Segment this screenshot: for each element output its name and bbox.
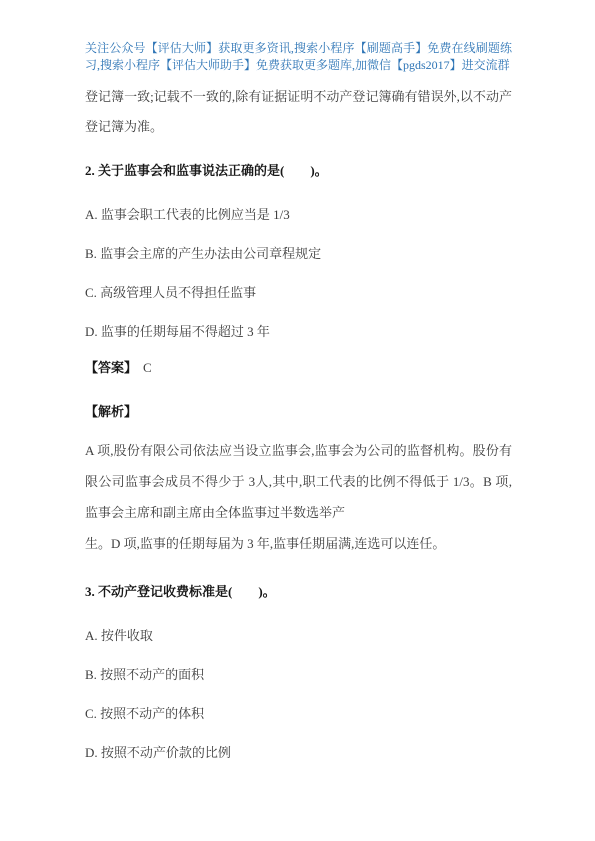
question-2-option-c: C. 高级管理人员不得担任监事 <box>85 278 512 308</box>
question-2-option-a: A. 监事会职工代表的比例应当是 1/3 <box>85 200 512 230</box>
question-3-option-a: A. 按件收取 <box>85 621 512 651</box>
question-2-option-d: D. 监事的任期每届不得超过 3 年 <box>85 317 512 347</box>
analysis-paragraph-1: A 项,股份有限公司依法应当设立监事会,监事会为公司的监督机构。股份有限公司监事… <box>85 435 512 528</box>
analysis-label: 【解析】 <box>85 397 512 427</box>
question-3-title: 3. 不动产登记收费标准是( )。 <box>85 577 512 607</box>
intro-paragraph: 登记簿一致;记载不一致的,除有证据证明不动产登记簿确有错误外,以不动产登记簿为准… <box>85 82 512 142</box>
analysis-body: A 项,股份有限公司依法应当设立监事会,监事会为公司的监督机构。股份有限公司监事… <box>85 435 512 559</box>
answer-row: 【答案】C <box>85 353 512 383</box>
answer-value: C <box>143 360 152 375</box>
answer-label: 【答案】 <box>85 360 137 375</box>
question-3-option-b: B. 按照不动产的面积 <box>85 660 512 690</box>
document-page: 关注公众号【评估大师】获取更多资讯,搜索小程序【刷题高手】免费在线刷题练习,搜索… <box>0 0 595 841</box>
question-3-option-d: D. 按照不动产价款的比例 <box>85 738 512 768</box>
question-3: 3. 不动产登记收费标准是( )。 A. 按件收取 B. 按照不动产的面积 C.… <box>85 577 512 768</box>
question-2-title: 2. 关于监事会和监事说法正确的是( )。 <box>85 156 512 186</box>
question-3-option-c: C. 按照不动产的体积 <box>85 699 512 729</box>
analysis-paragraph-2: 生。D 项,监事的任期每届为 3 年,监事任期届满,连选可以连任。 <box>85 528 512 559</box>
question-2: 2. 关于监事会和监事说法正确的是( )。 A. 监事会职工代表的比例应当是 1… <box>85 156 512 559</box>
question-2-option-b: B. 监事会主席的产生办法由公司章程规定 <box>85 239 512 269</box>
promo-header-note: 关注公众号【评估大师】获取更多资讯,搜索小程序【刷题高手】免费在线刷题练习,搜索… <box>85 40 512 74</box>
